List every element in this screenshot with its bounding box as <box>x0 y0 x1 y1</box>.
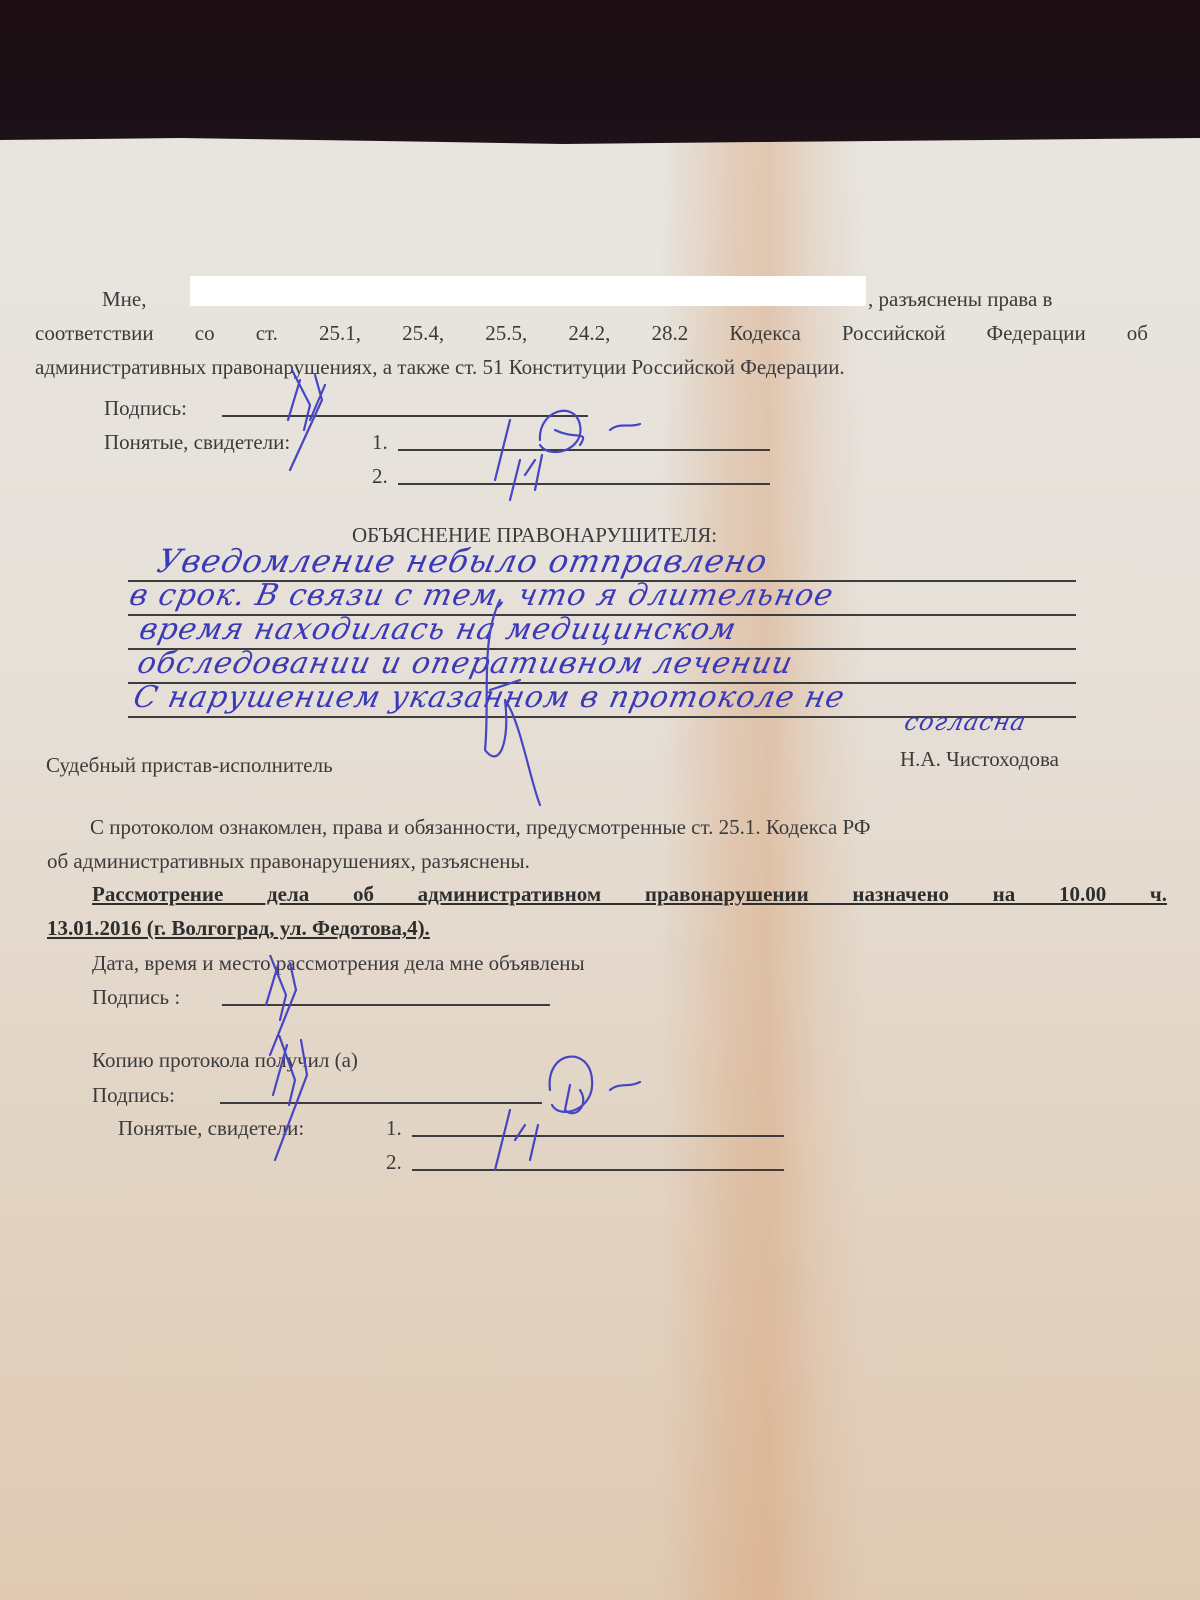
handwritten-line-3: время находилась на медицинском <box>136 612 740 647</box>
hearing-line1: Рассмотрение дела об административном пр… <box>92 884 1167 905</box>
witness-2-number: 2. <box>372 466 388 487</box>
acknowledgement-line1: С протоколом ознакомлен, права и обязанн… <box>90 817 870 838</box>
witness-1-number: 1. <box>372 432 388 453</box>
copy-signature-line[interactable] <box>220 1102 542 1104</box>
announcement-signature-line[interactable] <box>222 1004 550 1006</box>
handwritten-line-4: обследовании и оперативном лечении <box>134 646 796 681</box>
hearing-line2: 13.01.2016 (г. Волгоград, ул. Федотова,4… <box>47 918 430 939</box>
rights-prefix: Мне, <box>102 289 146 310</box>
copy-signature-label: Подпись: <box>92 1085 175 1106</box>
copy-witness-1-line[interactable] <box>412 1135 784 1137</box>
handwritten-line-6: согласна <box>902 708 1029 736</box>
copy-witnesses-label: Понятые, свидетели: <box>118 1118 304 1139</box>
handwritten-line-1: Уведомление небыло отправлено <box>154 542 771 580</box>
witnesses-label: Понятые, свидетели: <box>104 432 290 453</box>
signature-label: Подпись: <box>104 398 187 419</box>
signature-line[interactable] <box>222 415 588 417</box>
rights-line1-suffix: , разъяснены права в <box>868 289 1148 310</box>
announcement-text: Дата, время и место рассмотрения дела мн… <box>92 953 585 974</box>
copy-witness-2-number: 2. <box>386 1152 402 1173</box>
copy-witness-2-line[interactable] <box>412 1169 784 1171</box>
acknowledgement-line2: об административных правонарушениях, раз… <box>47 851 530 872</box>
officer-title: Судебный пристав-исполнитель <box>46 755 333 776</box>
rights-line3: административных правонарушениях, а такж… <box>35 357 845 378</box>
handwritten-line-2: в срок. В связи с тем, что я длительное <box>126 578 837 613</box>
rights-line2: соответствии со ст. 25.1, 25.4, 25.5, 24… <box>35 323 1148 344</box>
handwritten-line-5: С нарушением указанном в протоколе не <box>130 680 848 715</box>
dark-background <box>0 0 1200 150</box>
officer-name: Н.А. Чистоходова <box>900 749 1059 770</box>
witness-1-line[interactable] <box>398 449 770 451</box>
announcement-signature-label: Подпись : <box>92 987 180 1008</box>
witness-2-line[interactable] <box>398 483 770 485</box>
copy-witness-1-number: 1. <box>386 1118 402 1139</box>
copy-received-text: Копию протокола получил (а) <box>92 1050 358 1071</box>
redacted-name <box>190 276 866 306</box>
